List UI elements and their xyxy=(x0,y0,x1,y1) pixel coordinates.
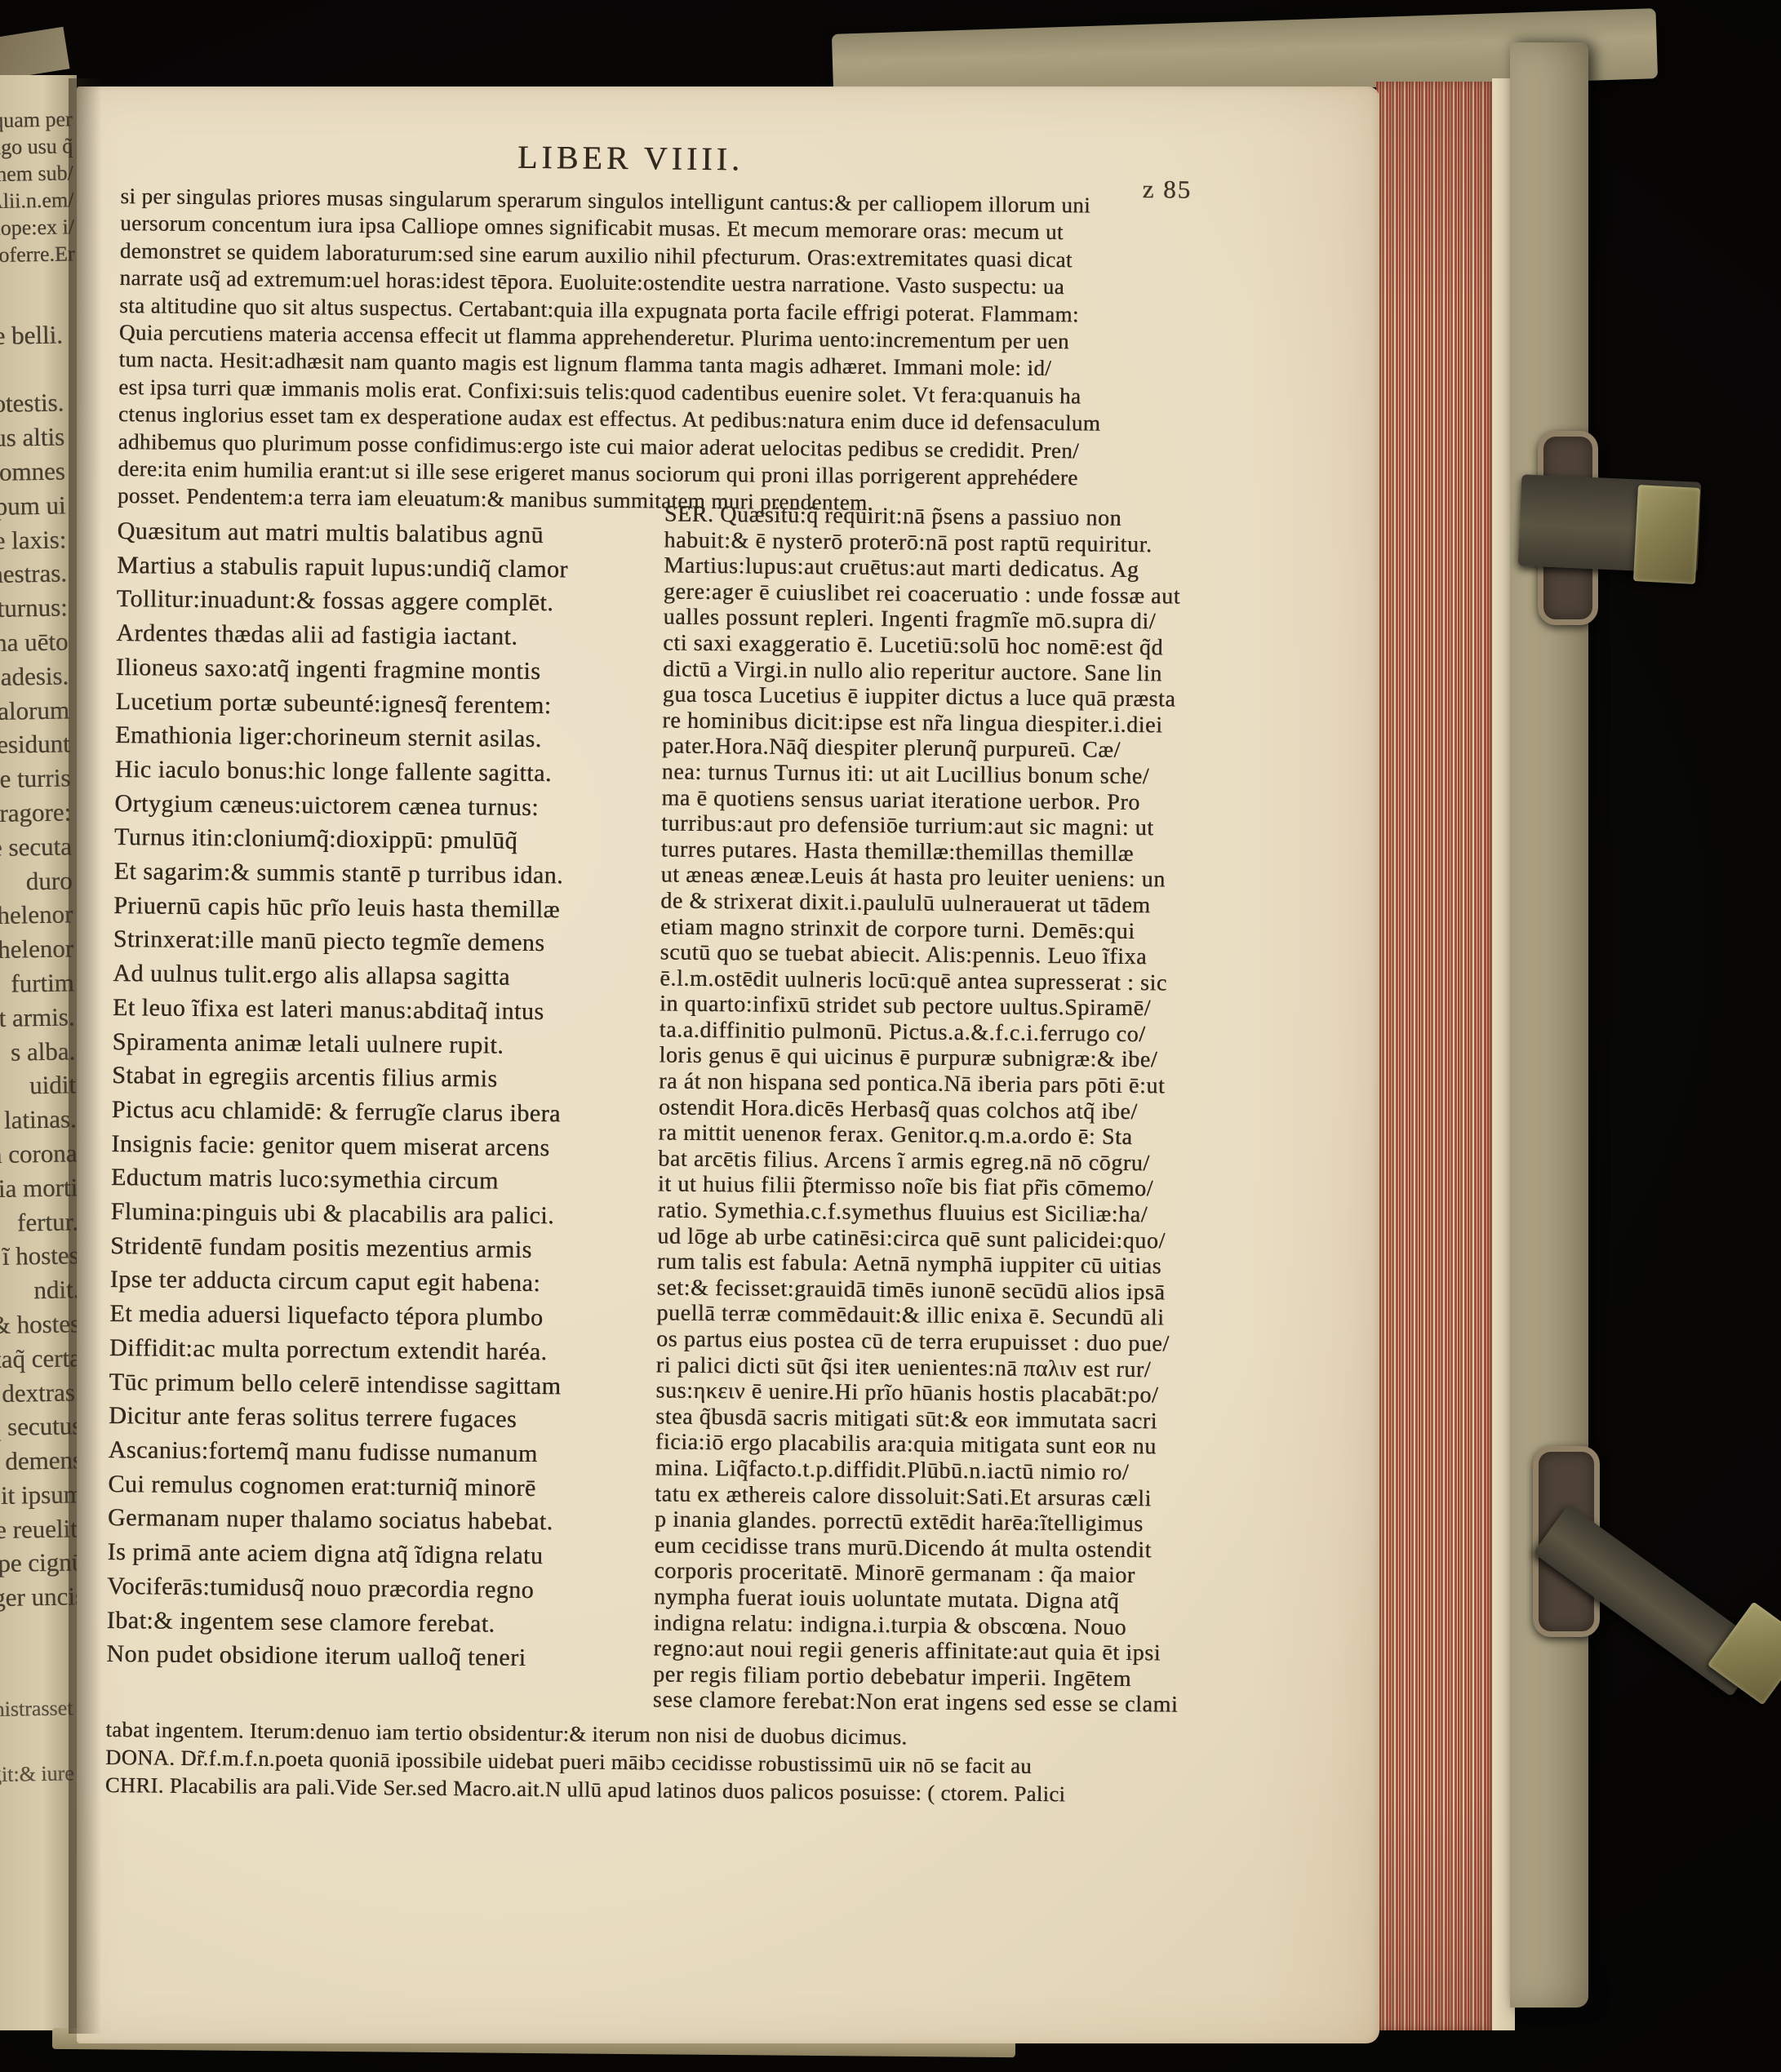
page-text-block: LIBER VIIII. z 85 si per singulas priore… xyxy=(59,86,1380,2055)
top-commentary-block: si per singulas priores musas singularum… xyxy=(118,183,1374,522)
vellum-binding-top-left-corner xyxy=(0,27,69,81)
gutter-shadow xyxy=(69,78,101,2034)
clasp-top-brass-tip xyxy=(1633,485,1700,584)
running-title: LIBER VIIII. xyxy=(517,138,744,179)
recto-page: LIBER VIIII. z 85 si per singulas priore… xyxy=(77,87,1379,2043)
book-photograph: us aliquam per m longo usu q̃ itudinem s… xyxy=(0,0,1781,2072)
verse-column: Quæsitum aut matri multis balatibus agnū… xyxy=(106,514,689,1677)
vellum-cover-right-edge xyxy=(1510,42,1588,2008)
facing-page-text-fragments-upper: us aliquam per m longo usu q̃ itudinem s… xyxy=(0,105,75,272)
commentary-column: SER. Quæsitū:q̃ requirit:nā p̃sens a pas… xyxy=(653,501,1371,1719)
fore-edge-red-sprinkled xyxy=(1376,82,1495,2030)
bottom-commentary-block: tabat ingentem. Iterum:denuo iam tertio … xyxy=(105,1715,1370,1811)
